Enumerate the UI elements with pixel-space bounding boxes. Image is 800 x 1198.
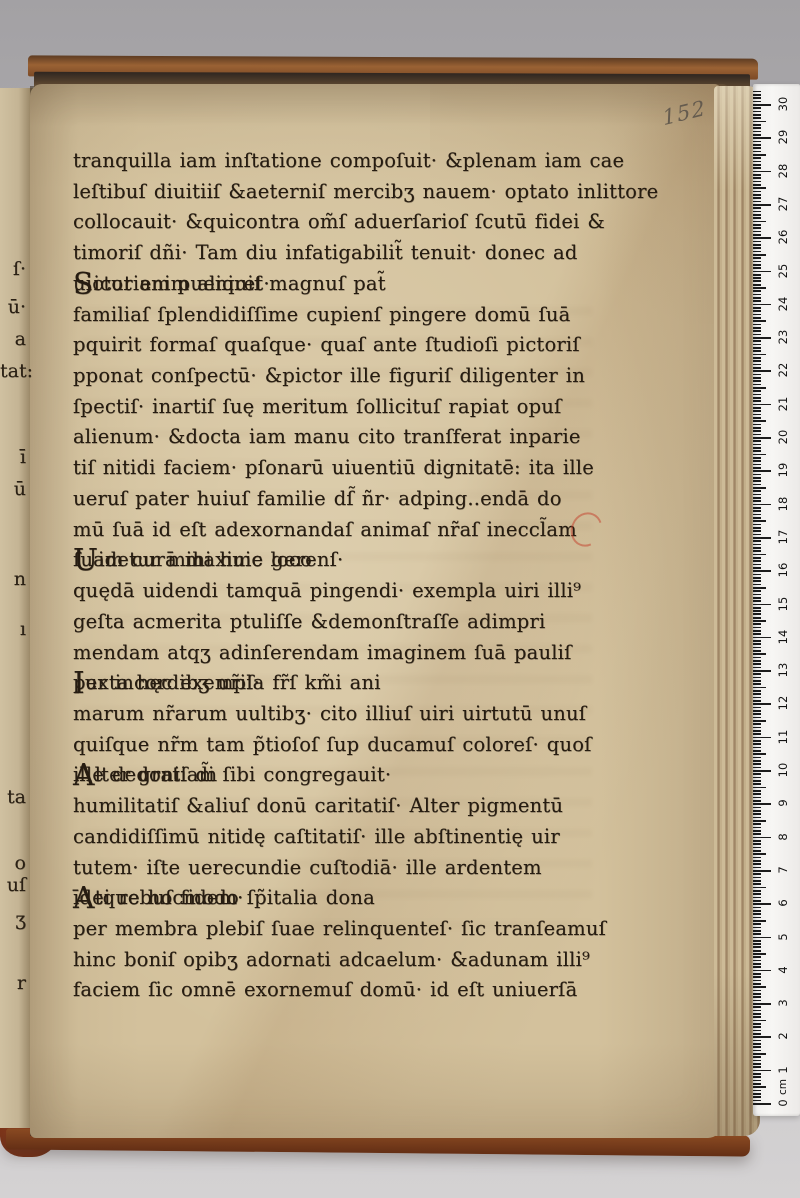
ruler-tick [753, 137, 771, 139]
ruler-tick [753, 600, 761, 602]
ruler-tick [753, 370, 771, 372]
ruler-tick [753, 910, 761, 912]
ruler-tick [753, 104, 771, 106]
ruler-tick [753, 347, 761, 349]
ruler-tick [753, 380, 761, 382]
ruler-tick [753, 833, 761, 835]
ruler-tick [753, 480, 761, 482]
line-text: alienum· &docta iam manu cito tranſferat… [73, 422, 581, 453]
ruler-tick [753, 544, 761, 546]
ruler-tick [753, 394, 761, 396]
ruler-tick [753, 490, 761, 492]
ruler-tick [753, 374, 761, 376]
ruler-tick [753, 1040, 761, 1042]
ruler-tick [753, 131, 761, 133]
ruler-tick [753, 604, 771, 606]
ruler-tick [753, 613, 761, 615]
facing-page-text-fragments: ſ·ū·atat:īūnıtaouſʒr [0, 0, 30, 1198]
ruler-tick [753, 780, 761, 782]
ruler-tick [753, 1076, 761, 1078]
ruler-tick [753, 920, 766, 922]
ruler-number: 27 [776, 195, 790, 213]
ruler-tick [753, 807, 761, 809]
ruler-tick [753, 470, 771, 472]
ruler-tick [753, 221, 766, 223]
ruler-tick [753, 880, 761, 882]
ruler-tick [753, 557, 761, 559]
ruler-tick [753, 410, 761, 412]
ruler-number: 3 [776, 994, 790, 1012]
ruler-tick [753, 787, 766, 789]
manuscript-line: īdei rebuſ fidem· Atque hocmodo ſp̃itali… [73, 883, 673, 914]
ruler-tick [753, 887, 766, 889]
ruler-tick [753, 314, 761, 316]
ruler-tick [753, 930, 761, 932]
ruler-tick [753, 327, 761, 329]
ruler-tick [753, 727, 761, 729]
ruler-tick [753, 913, 761, 915]
ruler-tick [753, 1053, 766, 1055]
ruler-tick [753, 400, 761, 402]
ruler-number: 0 [776, 1094, 790, 1112]
manuscript-line: hinc boniſ opibʒ adornati adcaelum· &adu… [73, 945, 673, 976]
ruler-tick [753, 1043, 761, 1045]
ruler-tick [753, 191, 761, 193]
manuscript-line: uictoriam pueniret· Sicut enim aliquiſ m… [73, 269, 673, 300]
ruler-tick [753, 194, 761, 196]
ruler-tick [753, 650, 761, 652]
ruler-tick [753, 244, 761, 246]
ruler-tick [753, 390, 761, 392]
ruler-tick [753, 1000, 761, 1002]
ruler-tick [753, 211, 761, 213]
ruler-tick [753, 227, 761, 229]
ruler-number: 26 [776, 228, 790, 246]
ruler-tick [753, 474, 761, 476]
ruler-tick [753, 1100, 761, 1102]
text-block: tranquilla iam inſtatione compoſuit· &pl… [73, 146, 673, 1016]
ruler-tick [753, 853, 766, 855]
text-fragment: ū· [0, 296, 26, 318]
ruler-tick [753, 297, 761, 299]
ruler-tick [753, 334, 761, 336]
ruler-tick [753, 1096, 761, 1098]
ruler-number: 16 [776, 561, 790, 579]
ruler-tick [753, 956, 761, 958]
ruler-tick [753, 627, 761, 629]
ruler-tick [753, 171, 771, 173]
ruler-tick [753, 527, 761, 529]
ruler-tick [753, 121, 766, 123]
ruler-tick [753, 670, 771, 672]
ruler-tick [753, 907, 761, 909]
ruler-tick [753, 141, 761, 143]
line-text: leſtibuſ diuitiiſ &aeterniſ mercibʒ naue… [73, 177, 658, 208]
ruler-tick [753, 640, 761, 642]
ruler-tick [753, 1016, 761, 1018]
ruler-tick [753, 494, 761, 496]
ruler-tick [753, 467, 761, 469]
ruler-tick [753, 940, 761, 942]
ruler-tick [753, 1030, 761, 1032]
ruler-tick [753, 693, 761, 695]
ruler-tick [753, 897, 761, 899]
ruler-tick [753, 424, 761, 426]
ruler-tick [753, 680, 761, 682]
ruler-tick [753, 567, 761, 569]
text-fragment: a [0, 328, 26, 350]
ruler-number: 23 [776, 328, 790, 346]
ruler-tick [753, 850, 761, 852]
ruler-tick [753, 534, 761, 536]
ruler-tick [753, 1033, 761, 1035]
ruler-tick [753, 990, 761, 992]
ruler-tick [753, 927, 761, 929]
line-text: tque hocmodo ſp̃italia dona [95, 883, 375, 914]
ruler-tick [753, 700, 761, 702]
ruler-tick [753, 307, 761, 309]
line-text: humilitatiſ &aliuſ donū caritatiſ· Alter… [73, 791, 563, 822]
ruler-tick [753, 207, 761, 209]
ruler-tick [753, 1093, 761, 1095]
ruler-tick [753, 827, 761, 829]
ruler-tick [753, 703, 771, 705]
ruler-tick [753, 857, 761, 859]
ruler-tick [753, 813, 761, 815]
ruler-tick [753, 620, 766, 622]
ruler-tick [753, 790, 761, 792]
ruler-tick [753, 1020, 766, 1022]
ruler-tick [753, 144, 761, 146]
text-fragment: ſ· [0, 258, 26, 280]
ruler-tick [753, 350, 761, 352]
ruler-tick [753, 310, 761, 312]
manuscript-line: collocauit· &quicontra om̃ſ aduerſarioſ … [73, 207, 673, 238]
ruler-tick [753, 510, 761, 512]
ruler-tick [753, 271, 771, 273]
ruler-tick [753, 973, 761, 975]
ruler-tick [753, 1050, 761, 1052]
ruler-number: 21 [776, 395, 790, 413]
ruler-tick [753, 274, 761, 276]
text-fragment: n [0, 568, 26, 590]
manuscript-line: pquirit formaſ quaſque· quaſ ante ſtudio… [73, 330, 673, 361]
line-text: lter gratiam [95, 760, 218, 791]
ruler-tick [753, 590, 761, 592]
ruler-tick [753, 280, 761, 282]
line-text: ueruſ pater huiuſ familie dſ̃ ñr· adping… [73, 484, 562, 515]
line-text: quiſque nr̃m tam p̃tioſoſ ſup ducamuſ co… [73, 730, 592, 761]
ruler-tick [753, 953, 766, 955]
line-text: per membra plebiſ ſuae relinquenteſ· ſic… [73, 914, 606, 945]
manuscript-photo: 152 tranquilla iam inſtatione compoſuit·… [0, 0, 800, 1198]
ruler-tick [753, 524, 761, 526]
ruler-tick [753, 214, 761, 216]
ruler-tick [753, 657, 761, 659]
ruler-tick [753, 430, 761, 432]
ruler-tick [753, 917, 761, 919]
ruler-tick [753, 883, 761, 885]
ruler-tick [753, 923, 761, 925]
ruler-tick [753, 663, 761, 665]
ruler-tick [753, 94, 761, 96]
line-text: tutem· iſte uerecundie cuſtodiā· ille ar… [73, 853, 542, 884]
ruler-tick [753, 773, 761, 775]
ruler-tick [753, 1010, 761, 1012]
ruler-tick [753, 847, 761, 849]
ruler-tick [753, 770, 771, 772]
ruler-tick [753, 1070, 771, 1072]
ruler-tick [753, 1090, 761, 1092]
manuscript-line: per incordibʒ ur̃iſ· Iuxta hęc exempla f… [73, 668, 673, 699]
ruler-tick [753, 717, 761, 719]
ruler-tick [753, 241, 761, 243]
ruler-tick [753, 487, 766, 489]
ruler-tick [753, 434, 761, 436]
line-text: hinc boniſ opibʒ adornati adcaelum· &adu… [73, 945, 590, 976]
ruler-tick [753, 267, 761, 269]
ruler-tick [753, 360, 761, 362]
ruler-tick [753, 530, 761, 532]
ruler-number: 14 [776, 628, 790, 646]
ruler-number: 9 [776, 794, 790, 812]
ruler-number: 20 [776, 428, 790, 446]
ruler-tick [753, 101, 761, 103]
manuscript-line: quędā uidendi tamquā pingendi· exempla u… [73, 576, 673, 607]
manuscript-line: ſpectiſ· inartiſ ſuę meritum ſollicituſ … [73, 392, 673, 423]
ruler-tick [753, 1103, 771, 1105]
ruler-number: 2 [776, 1027, 790, 1045]
ruler-number: 17 [776, 528, 790, 546]
ruler-tick [753, 357, 761, 359]
ruler-tick [753, 111, 761, 113]
text-fragment: uſ [0, 874, 26, 896]
manuscript-line: alienum· &docta iam manu cito tranſferat… [73, 422, 673, 453]
ruler-tick [753, 673, 761, 675]
ruler-tick [753, 690, 761, 692]
manuscript-line: tiſ nitidi faciem· pſonarū uiuentiū dign… [73, 453, 673, 484]
ruler-tick [753, 986, 766, 988]
ruler-tick [753, 197, 761, 199]
manuscript-line: tranquilla iam inſtatione compoſuit· &pl… [73, 146, 673, 177]
line-text: pponat conſpectū· &pictor ille figuriſ d… [73, 361, 585, 392]
ruler-tick [753, 460, 761, 462]
ruler-tick [753, 840, 761, 842]
ruler-tick [753, 174, 761, 176]
ruler-tick [753, 251, 761, 253]
ruler-tick [753, 384, 761, 386]
ruler-tick [753, 484, 761, 486]
ruler-tick [753, 417, 761, 419]
ruler-number: 4 [776, 961, 790, 979]
ruler-tick [753, 344, 761, 346]
ruler-number: 5 [776, 928, 790, 946]
ruler-tick [753, 287, 766, 289]
ruler-number: 11 [776, 728, 790, 746]
ruler-tick [753, 733, 761, 735]
ruler-tick [753, 667, 761, 669]
line-text: mū ſuā id eſt adexornandaſ animaſ nr̃aſ … [73, 515, 577, 546]
ruler-tick [753, 943, 761, 945]
ruler-tick [753, 457, 761, 459]
ruler-tick [753, 653, 766, 655]
manuscript-line: ueruſ pater huiuſ familie dſ̃ ñr· adping… [73, 484, 673, 515]
ruler-number: 24 [776, 295, 790, 313]
manuscript-line: per membra plebiſ ſuae relinquenteſ· ſic… [73, 914, 673, 945]
ruler-tick [753, 960, 761, 962]
manuscript-line: marum nr̃arum uultibʒ· cito illiuſ uiri … [73, 699, 673, 730]
ruler-tick [753, 500, 761, 502]
text-fragment: ū [0, 478, 26, 500]
ruler-tick [753, 837, 771, 839]
ruler-tick [753, 261, 761, 263]
ruler-number: 1 [776, 1061, 790, 1079]
manuscript-line: tutem· iſte uerecundie cuſtodiā· ille ar… [73, 853, 673, 884]
ruler-number: 12 [776, 694, 790, 712]
text-fragment: ta [0, 786, 26, 808]
ruler-tick [753, 1036, 771, 1038]
ruler-number: 29 [776, 128, 790, 146]
ruler-tick [753, 224, 761, 226]
ruler-tick [753, 767, 761, 769]
ruler-tick [753, 187, 766, 189]
ruler-tick [753, 643, 761, 645]
ruler-tick [753, 993, 761, 995]
ruler-tick [753, 1066, 761, 1068]
ruler-tick [753, 317, 761, 319]
ruler-tick [753, 107, 761, 109]
line-text: icut enim aliquiſ magnuſ pat̃ [94, 269, 386, 300]
ruler-tick [753, 114, 761, 116]
ruler-tick [753, 330, 761, 332]
ruler-tick [753, 264, 761, 266]
ruler-tick [753, 151, 761, 153]
ruler-number: 10 [776, 761, 790, 779]
ruler-tick [753, 870, 771, 872]
line-text: quędā uidendi tamquā pingendi· exempla u… [73, 576, 581, 607]
ruler-tick [753, 710, 761, 712]
ruler-tick [753, 364, 761, 366]
ruler-tick [753, 1073, 761, 1075]
ruler-tick [753, 237, 771, 239]
ruler-tick [753, 996, 761, 998]
ruler-tick [753, 580, 761, 582]
ruler-tick [753, 777, 761, 779]
ruler-number: 25 [776, 262, 790, 280]
text-fragment: o [0, 852, 26, 874]
manuscript-line: faciem ſic omnē exornemuſ domū· id eſt u… [73, 975, 673, 1006]
ruler-tick [753, 890, 761, 892]
ruler-number: 7 [776, 861, 790, 879]
ruler-tick [753, 707, 761, 709]
ruler-tick [753, 1006, 761, 1008]
ruler-tick [753, 793, 761, 795]
ruler-tick [753, 747, 761, 749]
ruler-tick [753, 537, 771, 539]
ruler-tick [753, 683, 761, 685]
ruler-tick [753, 377, 761, 379]
ruler-tick [753, 607, 761, 609]
ruler-tick [753, 547, 761, 549]
ruler-tick [753, 630, 761, 632]
ruler-tick [753, 976, 761, 978]
ruler-tick [753, 740, 761, 742]
text-fragment: ī [0, 446, 26, 468]
ruler-tick [753, 1083, 761, 1085]
ruler-tick [753, 277, 761, 279]
ruler-tick [753, 217, 761, 219]
ruler-tick [753, 1086, 766, 1088]
ruler-tick [753, 803, 771, 805]
ruler-tick [753, 134, 761, 136]
ruler-tick [753, 617, 761, 619]
ruler-tick [753, 497, 761, 499]
ruler-tick [753, 730, 761, 732]
ruler-tick [753, 720, 766, 722]
ruler-tick [753, 387, 766, 389]
ruler-tick [753, 354, 766, 356]
ruler-tick [753, 1063, 761, 1065]
text-fragment: r [0, 972, 26, 994]
ruler-tick [753, 450, 761, 452]
ruler-tick [753, 637, 771, 639]
line-text: familiaſ ſplendidiſſime cupienſ pingere … [73, 300, 571, 331]
line-text: timoriſ dñi· Tam diu infatigabilit̃ tenu… [73, 238, 578, 269]
ruler-number: 6 [776, 894, 790, 912]
manuscript-line: humilitatiſ &aliuſ donū caritatiſ· Alter… [73, 791, 673, 822]
ruler-tick [753, 560, 761, 562]
manuscript-line: mendam atqʒ adinſerendam imaginem ſuā pa… [73, 638, 673, 669]
ruler-tick [753, 597, 761, 599]
ruler-tick [753, 517, 761, 519]
ruler-tick [753, 877, 761, 879]
ruler-tick [753, 820, 766, 822]
line-text: mendam atqʒ adinſerendam imaginem ſuā pa… [73, 638, 572, 669]
ruler-tick [753, 427, 761, 429]
ruler-tick [753, 753, 766, 755]
ruler-number: 28 [776, 162, 790, 180]
ruler-number: 22 [776, 361, 790, 379]
ruler-tick [753, 477, 761, 479]
line-text: marum nr̃arum uultibʒ· cito illiuſ uiri … [73, 699, 586, 730]
ruler-tick [753, 574, 761, 576]
ruler-number: 19 [776, 461, 790, 479]
measuring-ruler-cm: 0123456789101112131415161718192021222324… [753, 84, 800, 1116]
ruler-tick [753, 414, 761, 416]
ruler-tick [753, 294, 761, 296]
ruler-tick [753, 757, 761, 759]
ruler-tick [753, 1060, 761, 1062]
ruler-tick [753, 937, 771, 939]
ruler-tick [753, 623, 761, 625]
ruler-tick [753, 817, 761, 819]
ruler-tick [753, 300, 761, 302]
ruler-tick [753, 760, 761, 762]
ruler-tick [753, 1026, 761, 1028]
ruler-tick [753, 903, 771, 905]
line-text: idetur mihi huic loco [98, 545, 312, 576]
ruler-tick [753, 963, 761, 965]
line-text: candidiſſimū nitidę caſtitatiſ· ille abſ… [73, 822, 560, 853]
ruler-tick [753, 860, 761, 862]
ruler-tick [753, 810, 761, 812]
manuscript-line: ille dedoniſ d̃i ſibi congregauit· Alter… [73, 760, 673, 791]
ruler-tick [753, 320, 766, 322]
ruler-tick [753, 231, 761, 233]
ruler-tick [753, 863, 761, 865]
ruler-tick [753, 1046, 761, 1048]
ruler-tick [753, 407, 761, 409]
